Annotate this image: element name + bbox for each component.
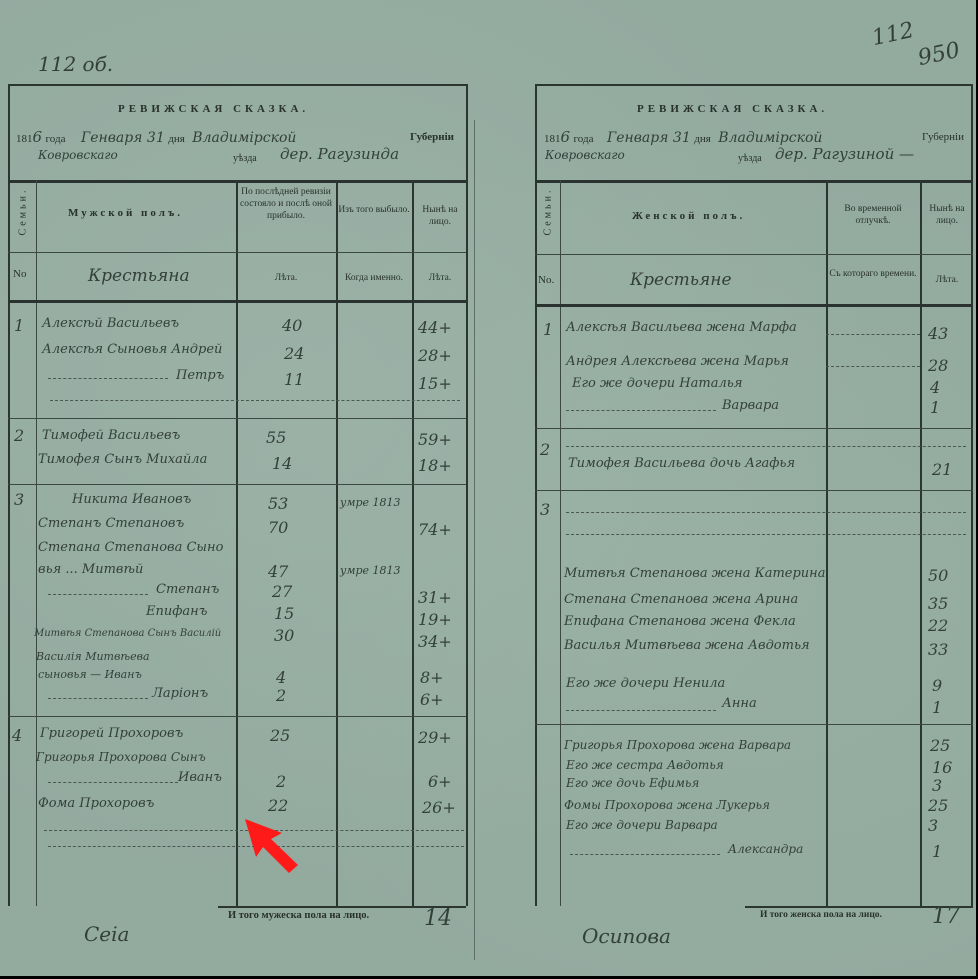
frame-top: [535, 84, 973, 86]
present-age: 35: [928, 594, 948, 613]
filler-dash: [566, 710, 716, 711]
present-age: 1: [932, 698, 942, 717]
uezd: Ковровскаго: [38, 148, 118, 162]
folio-number-right-bottom: 950: [916, 38, 962, 71]
body-top-rule: [535, 304, 973, 307]
person-name: Никита Ивановъ: [72, 492, 191, 507]
present-age: 34+: [418, 632, 452, 651]
right-signature: Осипова: [582, 924, 671, 948]
month-day: Генваря 31: [81, 130, 165, 146]
header-rule: [535, 180, 973, 183]
person-name: Алексѣя Васильева жена Марфа: [566, 320, 797, 335]
revision-age: 4: [276, 668, 286, 687]
present-age: 22: [928, 616, 948, 635]
female-total-value: 17: [932, 904, 960, 929]
revision-age: 2: [276, 772, 286, 791]
present-age: 59+: [418, 430, 452, 449]
present-age: 25: [930, 736, 950, 755]
family-divider: [535, 428, 973, 429]
family-number: 1: [543, 320, 553, 339]
present-age: 18+: [418, 456, 452, 475]
present-age: 31+: [418, 588, 452, 607]
present-age: 3: [932, 776, 942, 795]
uezd: Ковровскаго: [545, 148, 625, 162]
filler-dash: [826, 366, 920, 367]
filler-dash: [566, 534, 966, 535]
present-age: 16: [932, 758, 952, 777]
person-name: Алексѣя Сыновья Андрей: [42, 342, 222, 357]
estate-label: Крестьяна: [88, 266, 190, 286]
person-name: Его же дочери Ненила: [566, 676, 725, 691]
col-no-divider: [36, 180, 37, 906]
revision-age: 14: [272, 454, 292, 473]
present-age: 15+: [418, 374, 452, 393]
present-age: 8+: [420, 668, 444, 687]
revision-age: 55: [266, 428, 286, 447]
no-header: No: [13, 268, 26, 280]
present-age: 26+: [422, 798, 456, 817]
frame-left: [535, 86, 537, 906]
person-name: Петръ: [176, 368, 224, 383]
present-age: 43: [928, 324, 948, 343]
absence-header: Во временной отлучкѣ.: [828, 203, 918, 227]
person-name: Варвара: [722, 398, 779, 413]
person-name: Григорья Прохорова Сынъ: [36, 750, 206, 764]
subheader-rule: [535, 254, 973, 255]
person-name: Григорья Прохорова жена Варвара: [564, 738, 791, 752]
revision-age: 24: [284, 344, 304, 363]
filler-dash: [48, 378, 168, 379]
family-number: 3: [14, 490, 24, 509]
frame-left: [8, 84, 10, 906]
revision-age: 40: [282, 316, 302, 335]
person-name: Ларіонъ: [152, 686, 208, 701]
departed-sub: Когда именно.: [338, 272, 410, 284]
uezda-label: уѣзда: [738, 153, 762, 164]
family-vertical-label: Семьи.: [18, 187, 29, 237]
filler-dash: [566, 446, 966, 447]
present-age: 1: [930, 398, 940, 417]
family-divider: [535, 724, 973, 725]
left-title: РЕВИЖСКАЯ СКАЗКА.: [118, 103, 309, 115]
present-header: Нынѣ на лицо.: [922, 203, 972, 227]
revision-age: 53: [268, 494, 288, 513]
filler-dash: [570, 854, 720, 855]
present-age: 6+: [420, 690, 444, 709]
month-day: Генваря 31: [607, 130, 691, 146]
male-header: Мужской полъ.: [68, 207, 183, 219]
revision-age: 22: [268, 796, 288, 815]
family-divider: [535, 490, 973, 491]
family-divider: [8, 418, 466, 419]
present-age: 28: [928, 356, 948, 375]
person-name: Его же дочери Варвара: [566, 818, 718, 832]
person-name: сыновья — Иванъ: [38, 668, 142, 681]
estate-label: Крестьяне: [630, 270, 732, 290]
present-header: Нынѣ на лицо.: [414, 204, 466, 228]
col-dep-divider: [412, 180, 414, 906]
document-scan: 112 об. РЕВИЖСКАЯ СКАЗКА. 1816 года Генв…: [0, 0, 976, 976]
folio-number-left: 112 об.: [38, 52, 113, 76]
present-age: 19+: [418, 610, 452, 629]
present-age: 33: [928, 640, 948, 659]
person-name: Степанъ Степановъ: [38, 516, 184, 531]
person-name: Василія Митвѣева: [36, 650, 150, 663]
right-title: РЕВИЖСКАЯ СКАЗКА.: [637, 103, 828, 115]
filler-dash: [826, 334, 920, 335]
person-name: Фомы Прохорова жена Лукерья: [564, 798, 770, 812]
person-name: Его же дочь Ефимья: [566, 776, 699, 790]
present-age: 44+: [418, 318, 452, 337]
person-name: Тимофея Васильева дочь Агафья: [568, 456, 795, 471]
present-age: 29+: [418, 728, 452, 747]
person-name: Митвѣя Степанова жена Катерина: [564, 566, 825, 581]
person-name: Фома Прохоровъ: [38, 796, 154, 811]
person-name: вья ... Митвѣй: [38, 562, 143, 577]
year-suffix: 6: [561, 128, 571, 146]
present-age: 74+: [418, 520, 452, 539]
col-name-divider: [826, 180, 828, 906]
province: Владимірской: [718, 130, 822, 146]
frame-top: [8, 84, 466, 86]
goda-label: года: [574, 133, 594, 145]
family-number: 1: [14, 316, 24, 335]
family-divider: [8, 716, 466, 717]
person-name: Епифанъ: [146, 604, 207, 619]
family-number: 4: [12, 726, 22, 745]
body-top-rule: [8, 300, 466, 303]
year-prefix: 181: [16, 133, 33, 145]
filler-dash: [48, 698, 148, 699]
departed-header: Изъ того выбыло.: [338, 204, 410, 216]
female-total-label: И того женска пола на лицо.: [760, 910, 882, 920]
revision-age: 11: [284, 370, 304, 389]
left-date-line: 1816 года Генваря 31 дня Владимірской: [16, 128, 296, 146]
filler-dash: [566, 410, 716, 411]
person-name: Григорей Прохоровъ: [40, 726, 183, 741]
person-name: Алексѣй Васильевъ: [42, 316, 179, 331]
male-total-label: И того мужеска пола на лицо.: [228, 910, 369, 921]
present-age: 1: [932, 842, 942, 861]
year-suffix: 6: [33, 128, 43, 146]
revision-age: 30: [274, 626, 294, 645]
person-name: Тимофей Васильевъ: [42, 428, 180, 443]
person-name: Его же дочери Наталья: [572, 376, 742, 391]
village: дер. Рагузиной —: [775, 145, 914, 163]
subheader-rule: [8, 252, 466, 253]
filler-dash: [48, 594, 148, 595]
revision-age: 25: [270, 726, 290, 745]
col-absence-divider: [920, 180, 922, 906]
present-age: 3: [928, 816, 938, 835]
departed-when: умре 1813: [340, 564, 401, 577]
left-signature: Сеіа: [84, 922, 129, 946]
last-revision-header: По послѣдней ревизіи состояло и послѣ он…: [238, 186, 334, 222]
family-number: 2: [540, 440, 550, 459]
col-rev-divider: [336, 180, 338, 906]
absence-sub: Съ котораго времени.: [828, 268, 918, 280]
present-age: 6+: [428, 772, 452, 791]
person-name: Митвѣя Степанова Сынъ Василій: [34, 628, 221, 639]
person-name: Александра: [728, 842, 803, 856]
person-name: Анна: [722, 696, 757, 711]
family-divider: [8, 484, 466, 485]
col-name-divider: [236, 180, 238, 906]
male-total-value: 14: [424, 906, 452, 931]
folio-number-right-top: 112: [870, 18, 916, 51]
revision-age: 15: [274, 604, 294, 623]
frame-right: [466, 84, 468, 906]
uezda-label: уѣзда: [233, 153, 257, 164]
dnya-label: дня: [168, 133, 185, 145]
filler-dash: [566, 512, 966, 513]
gubernii-label: Губерніи: [410, 131, 454, 143]
person-name: Иванъ: [178, 770, 222, 785]
gubernii-label: Губерніи: [922, 131, 964, 143]
no-header: No.: [538, 274, 554, 286]
family-number: 3: [540, 500, 550, 519]
present-sub: Лѣта.: [414, 272, 466, 284]
present-sub: Лѣта.: [922, 274, 972, 286]
province: Владимірской: [192, 130, 296, 146]
last-revision-sub: Лѣта.: [238, 272, 334, 284]
dnya-label: дня: [694, 133, 711, 145]
village: дер. Рагузинда: [280, 145, 399, 163]
col-no-divider: [560, 180, 561, 906]
person-name: Степана Степанова жена Арина: [564, 592, 798, 607]
person-name: Степанъ: [156, 582, 219, 597]
year-prefix: 181: [544, 133, 561, 145]
person-name: Епифана Степанова жена Фекла: [564, 614, 796, 629]
female-header: Женской полъ.: [632, 210, 745, 222]
center-fold: [474, 120, 475, 960]
person-name: Василья Митвѣева жена Авдотья: [564, 638, 810, 653]
present-age: 21: [932, 460, 952, 479]
departed-when: умре 1813: [340, 496, 401, 509]
revision-age: 70: [268, 518, 288, 537]
revision-age: 47: [268, 562, 288, 581]
person-name: Тимофея Сынъ Михайла: [38, 452, 207, 467]
present-age: 50: [928, 566, 948, 585]
family-number: 2: [14, 426, 24, 445]
person-name: Его же сестра Авдотья: [566, 758, 724, 772]
family-vertical-label: Семьи.: [543, 187, 554, 237]
person-name: Андрея Алексѣева жена Марья: [566, 354, 789, 369]
present-age: 28+: [418, 346, 452, 365]
filler-dash: [48, 782, 178, 783]
revision-age: 27: [272, 582, 292, 601]
present-age: 9: [932, 676, 942, 695]
person-name: Степана Степанова Сыно: [38, 540, 223, 555]
red-arrow-icon: [240, 815, 302, 877]
present-age: 25: [928, 796, 948, 815]
right-date-line: 1816 года Генваря 31 дня Владимірской: [544, 128, 822, 146]
revision-age: 2: [276, 686, 286, 705]
present-age: 4: [930, 378, 940, 397]
goda-label: года: [46, 133, 66, 145]
filler-dash: [50, 400, 460, 401]
